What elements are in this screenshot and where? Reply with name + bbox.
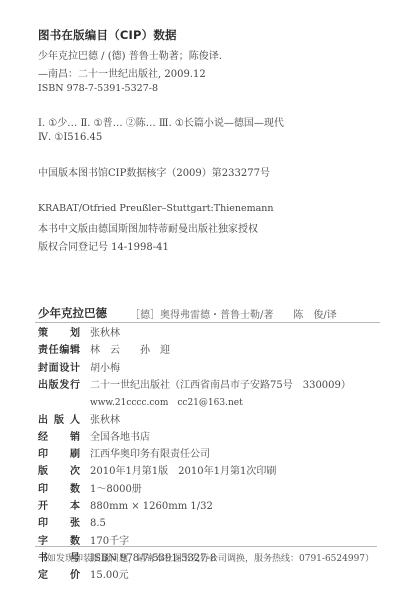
colophon-label: 出版人: [38, 414, 80, 428]
colophon-label: 开本: [38, 500, 80, 514]
colophon-value: 8.5: [90, 517, 106, 531]
cip-line-publisher: —南昌：二十一世纪出版社, 2009.12: [38, 65, 206, 80]
license-original: KRABAT/Otfried Preußler–Stuttgart:Thiene…: [38, 203, 274, 214]
colophon-value: 全国各地书店: [90, 431, 150, 445]
cip-line-isbn: ISBN 978-7-5391-5327-8: [38, 83, 158, 94]
cip-classification-1: Ⅰ. ①少… Ⅱ. ①普… ②陈… Ⅲ. ①长篇小说—德国—现代: [38, 114, 284, 129]
colophon-value: 张秋林: [90, 414, 120, 428]
copyright-page: 图书在版编目（CIP）数据 少年克拉巴德 / (德) 普鲁士勒著；陈俊译. —南…: [0, 0, 400, 591]
title-divider: [35, 322, 380, 323]
colophon-label: 封面设计: [38, 362, 80, 376]
footer-divider: [35, 546, 377, 547]
colophon-label: 定价: [38, 569, 80, 583]
cip-classification-2: Ⅳ. ①I516.45: [38, 132, 102, 143]
colophon-value: 江西华奥印务有限责任公司: [90, 448, 210, 462]
colophon-value: 林 云 孙 迎: [90, 344, 170, 358]
colophon-value: www.21cccc.com cc21@163.net: [90, 396, 243, 410]
colophon-value: 15.00元: [90, 569, 129, 583]
license-authorization: 本书中文版由德国斯图加特蒂耐曼出版社独家授权: [38, 220, 258, 235]
colophon-label: 经销: [38, 431, 80, 445]
colophon-value: 1～8000册: [90, 483, 142, 497]
cip-verification: 中国版本图书馆CIP数据核字（2009）第233277号: [38, 164, 270, 179]
copyright-registration: 版权合同登记号 14-1998-41: [38, 238, 169, 253]
colophon-value: 张秋林: [90, 327, 120, 341]
colophon-value: 二十一世纪出版社（江西省南昌市子安路75号 330009）: [90, 379, 351, 393]
colophon-value: 2010年1月第1版 2010年1月第1次印刷: [90, 465, 276, 479]
colophon-label: 版次: [38, 465, 80, 479]
colophon-label: 策划: [38, 327, 80, 341]
service-footnote: （如发现印装质量问题，请寄本社图书发行公司调换，服务热线：0791-652499…: [38, 551, 374, 564]
book-authors: ［德］奥得弗雷德・普鲁士勒/著 陈 俊/译: [130, 306, 337, 321]
book-title: 少年克拉巴德: [38, 305, 107, 321]
colophon-label: 出版发行: [38, 379, 80, 393]
colophon-label: 印刷: [38, 448, 80, 462]
colophon-value: 胡小梅: [90, 362, 120, 376]
colophon-value: 880mm × 1260mm 1/32: [90, 500, 213, 514]
colophon-label: 印张: [38, 517, 80, 531]
colophon-label: 责任编辑: [38, 344, 80, 358]
cip-heading: 图书在版编目（CIP）数据: [38, 27, 177, 43]
cip-line-title: 少年克拉巴德 / (德) 普鲁士勒著；陈俊译.: [38, 47, 222, 62]
colophon-label: 印数: [38, 483, 80, 497]
